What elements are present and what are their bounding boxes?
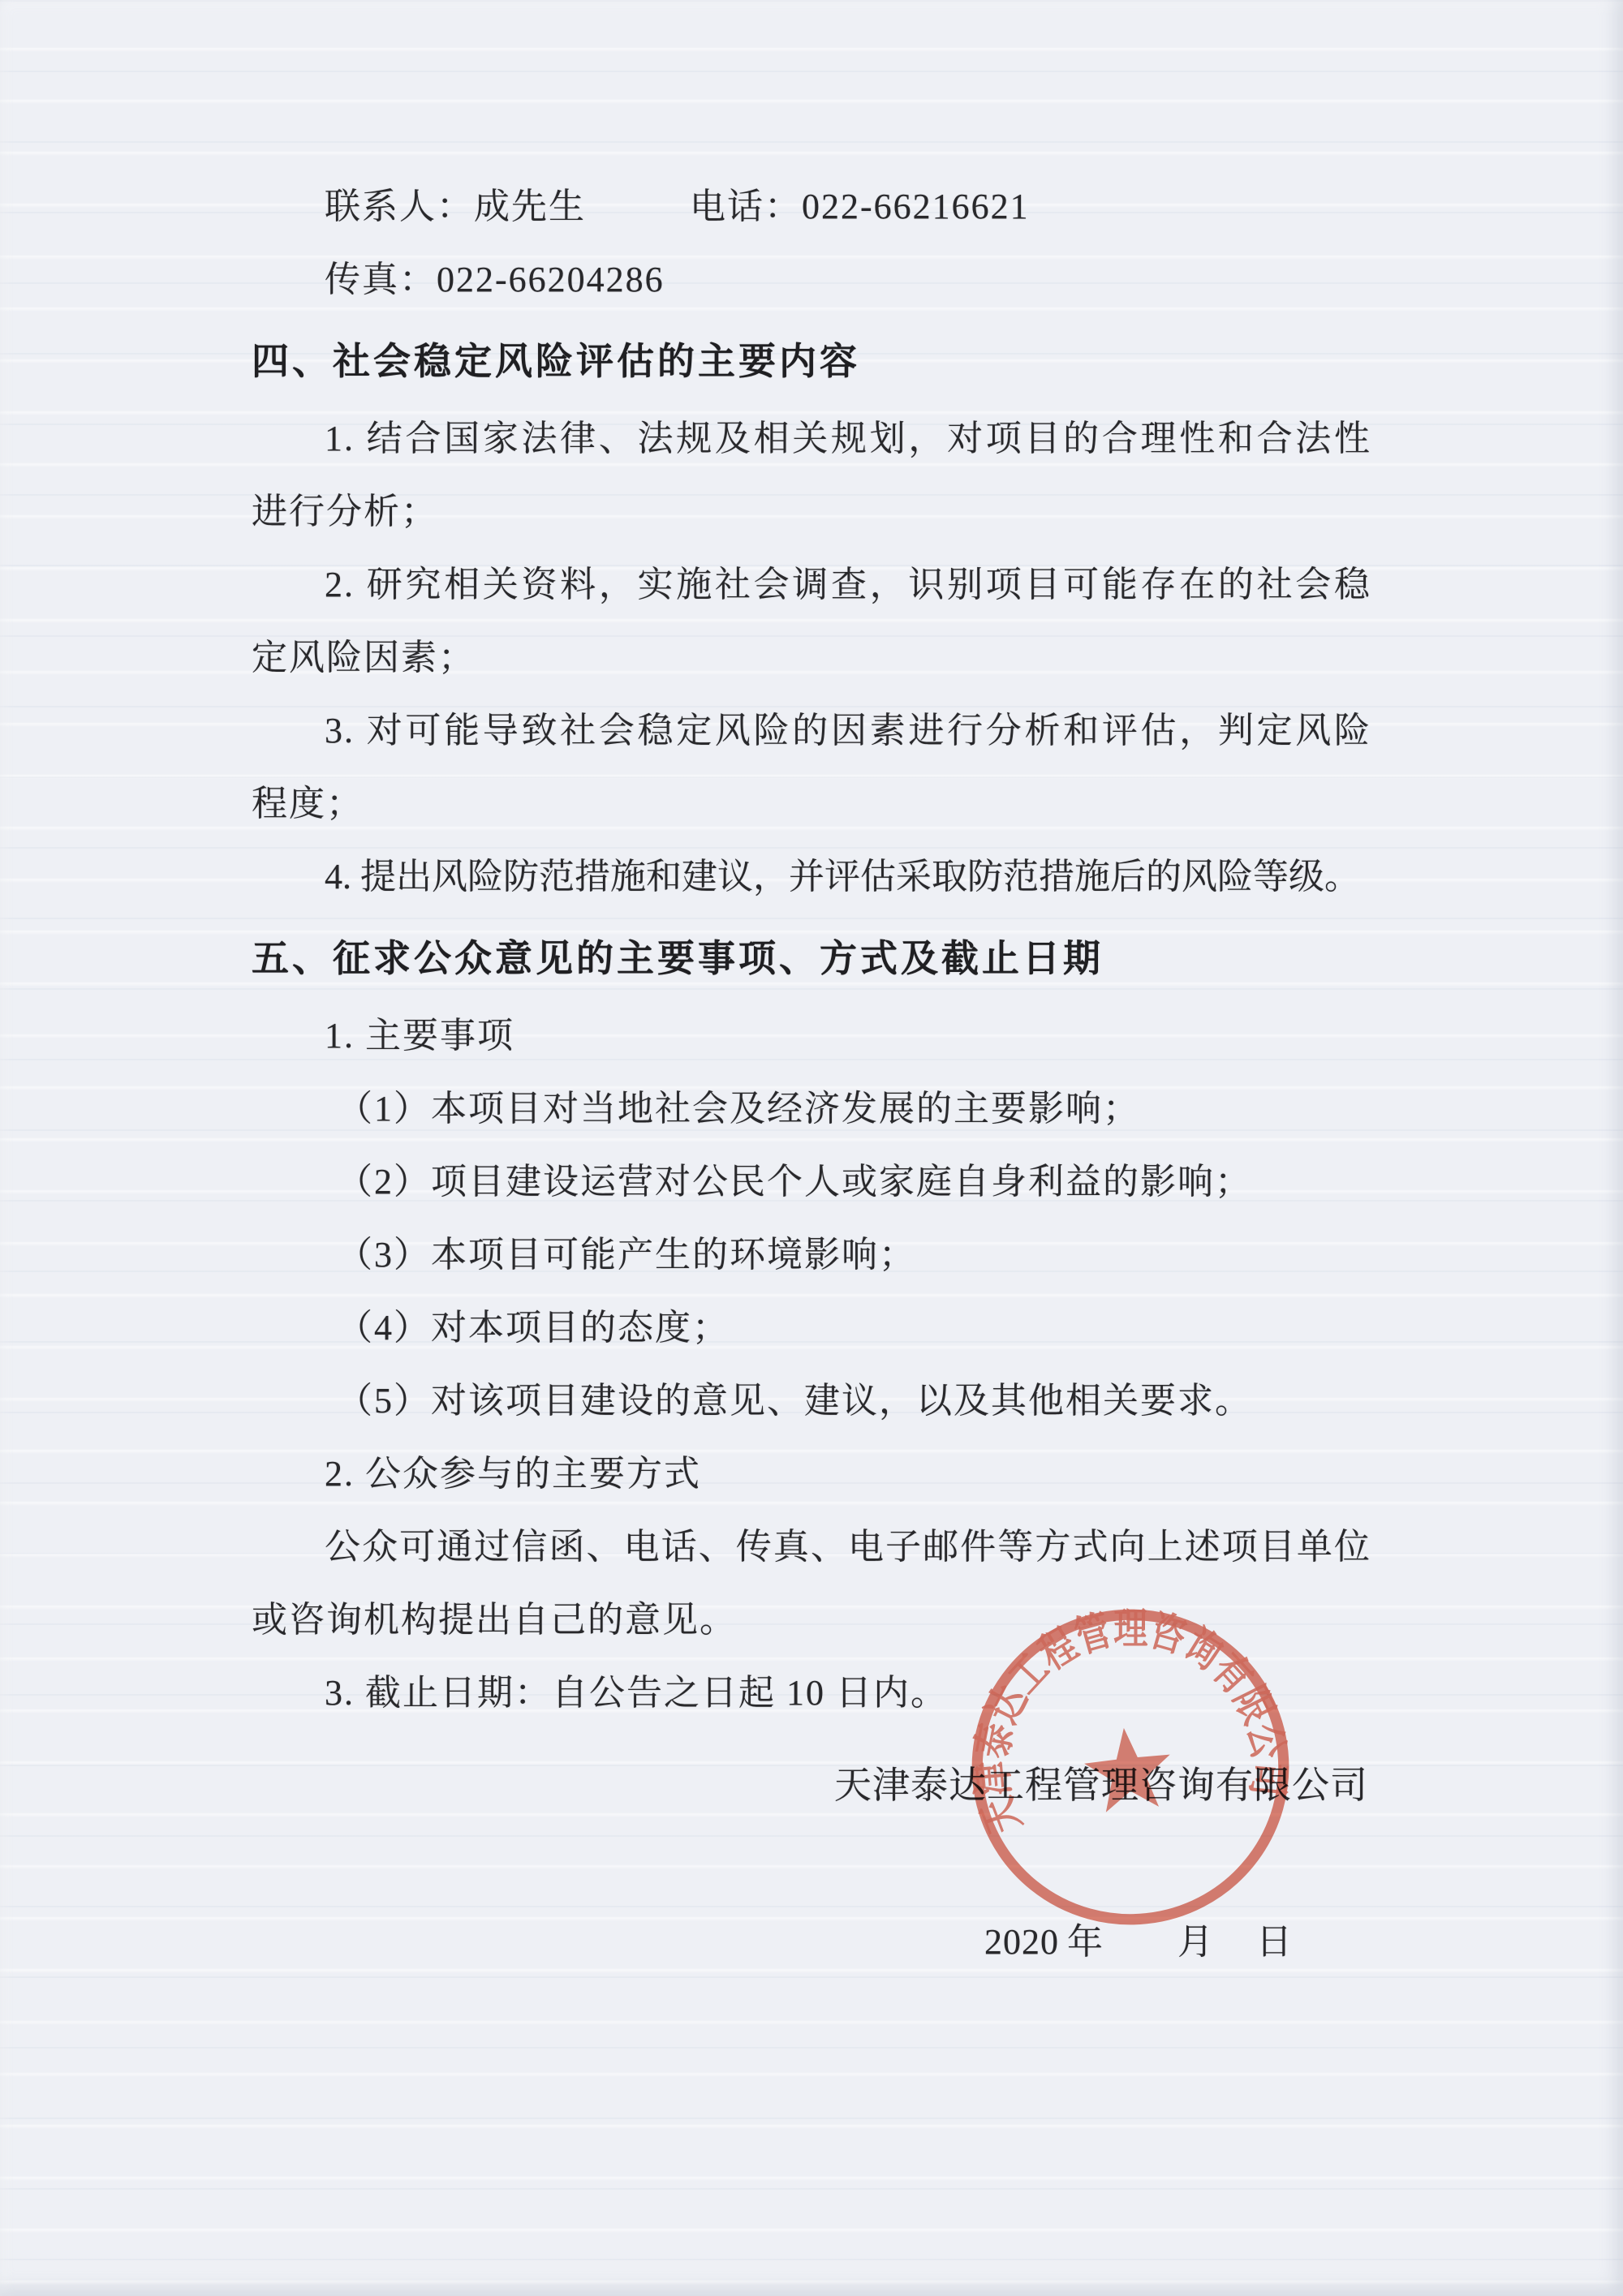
signature-month-label: 月: [1177, 1922, 1214, 1962]
section-5-sub-3: 3. 截止日期：自公告之日起 10 日内。: [252, 1657, 1371, 1730]
document-body: 联系人：成先生电话：022-66216621 传真：022-66204286 四…: [252, 170, 1371, 1730]
section-4-item-4: 4. 提出风险防范措施和建议，并评估采取防范措施后的风险等级。: [252, 841, 1371, 914]
scanned-document-page: 联系人：成先生电话：022-66216621 传真：022-66204286 四…: [0, 0, 1623, 2296]
fax-line: 传真：022-66204286: [252, 243, 1371, 316]
section-5-method-paragraph: 公众可通过信函、电话、传真、电子邮件等方式向上述项目单位或咨询机构提出自己的意见…: [252, 1511, 1371, 1657]
contact-phone: 电话：022-66216621: [690, 187, 1030, 226]
section-5-matter-4: （4）对本项目的态度；: [252, 1292, 1371, 1365]
section-5-matter-2: （2）项目建设运营对公民个人或家庭自身利益的影响；: [252, 1146, 1371, 1219]
section-5-sub-1: 1. 主要事项: [252, 1000, 1371, 1073]
section-5-matter-1: （1）本项目对当地社会及经济发展的主要影响；: [252, 1073, 1371, 1146]
section-4-heading: 四、社会稳定风险评估的主要内容: [252, 325, 1371, 398]
section-5-matter-5: （5）对该项目建设的意见、建议，以及其他相关要求。: [252, 1365, 1371, 1438]
section-4-item-1: 1. 结合国家法律、法规及相关规划，对项目的合理性和合法性进行分析；: [252, 402, 1371, 548]
contact-line: 联系人：成先生电话：022-66216621: [252, 170, 1371, 243]
section-5-heading: 五、征求公众意见的主要事项、方式及截止日期: [252, 922, 1371, 995]
section-5-sub-2: 2. 公众参与的主要方式: [252, 1438, 1371, 1511]
signature-day-label: 日: [1256, 1922, 1293, 1962]
contact-person: 联系人：成先生: [325, 187, 586, 226]
section-4-item-3: 3. 对可能导致社会稳定风险的因素进行分析和评估，判定风险程度；: [252, 694, 1371, 841]
section-5-matter-3: （3）本项目可能产生的环境影响；: [252, 1219, 1371, 1292]
section-4-item-2: 2. 研究相关资料，实施社会调查，识别项目可能存在的社会稳定风险因素；: [252, 548, 1371, 694]
signature-date-line: 2020年月日: [984, 1924, 1293, 1960]
signature-company-name: 天津泰达工程管理咨询有限公司: [834, 1767, 1368, 1804]
signature-year: 2020: [984, 1922, 1059, 1962]
signature-year-label: 年: [1067, 1922, 1104, 1962]
